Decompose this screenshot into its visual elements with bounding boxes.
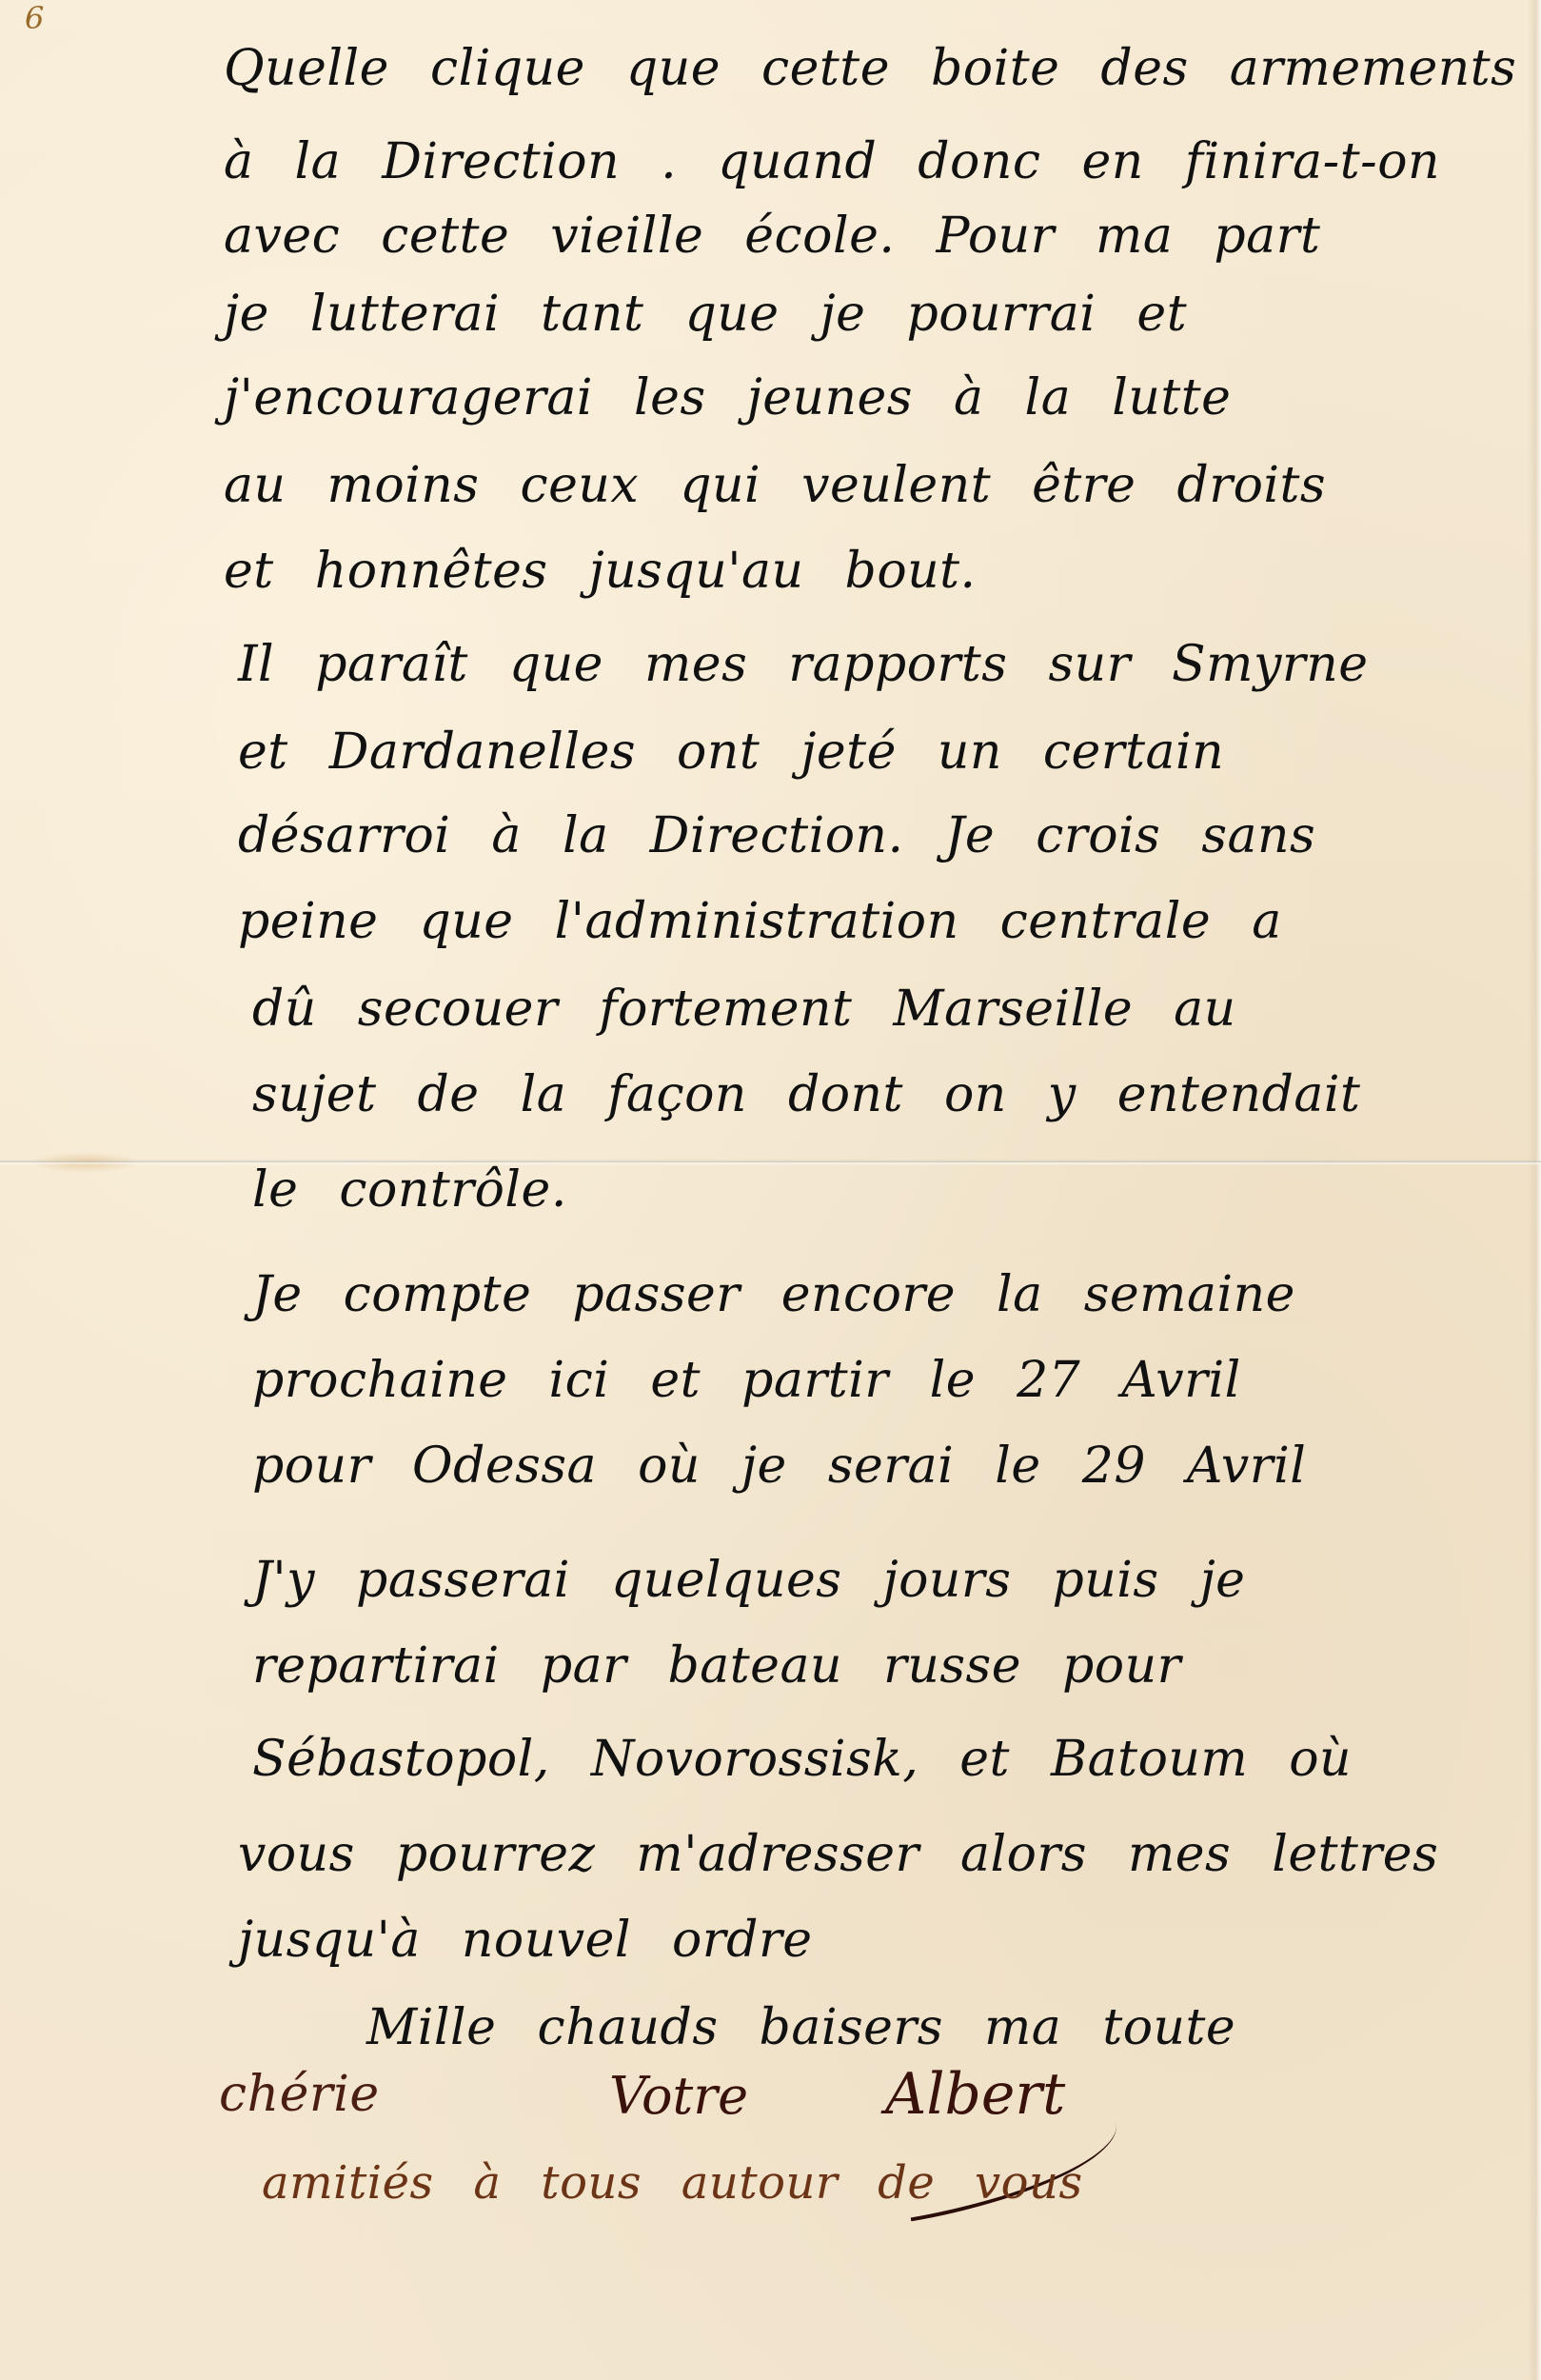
letter-line: Je compte passer encore la semaine xyxy=(252,1266,1295,1323)
letter-line: dû secouer fortement Marseille au xyxy=(252,981,1236,1038)
letter-line: à la Direction . quand donc en finira-t-… xyxy=(224,133,1440,190)
letter-line: vous pourrez m'adresser alors mes lettre… xyxy=(238,1826,1438,1883)
letter-line: et honnêtes jusqu'au bout. xyxy=(224,543,977,600)
letter-line: le contrôle. xyxy=(252,1161,567,1219)
signature: Albert xyxy=(885,2061,1065,2128)
letter-line: J'y passerai quelques jours puis je xyxy=(252,1552,1245,1609)
letter-line: désarroi à la Direction. Je crois sans xyxy=(238,807,1315,864)
letter-line: prochaine ici et partir le 27 Avril xyxy=(252,1352,1241,1409)
letter-line: je lutterai tant que je pourrai et xyxy=(224,286,1187,343)
letter-line: sujet de la façon dont on y entendait xyxy=(252,1066,1360,1123)
letter-line: pour Odessa où je serai le 29 Avril xyxy=(252,1438,1306,1495)
letter-line: repartirai par bateau russe pour xyxy=(252,1637,1181,1695)
letter-line: Il paraît que mes rapports sur Smyrne xyxy=(238,636,1368,693)
letter-line: Mille chauds baisers ma toute xyxy=(366,1999,1235,2056)
letter-line: au moins ceux qui veulent être droits xyxy=(224,457,1326,514)
letter-line: et Dardanelles ont jeté un certain xyxy=(238,724,1224,781)
letter-line: Quelle clique que cette boite des armeme… xyxy=(224,40,1516,97)
letter-line: chérie xyxy=(219,2066,380,2123)
letter-line: avec cette vieille école. Pour ma part xyxy=(224,208,1320,265)
postscript: amitiés à tous autour de vous xyxy=(262,2156,1083,2210)
letter-line: peine que l'administration centrale a xyxy=(238,893,1282,950)
letter-body: Quelle clique que cette boite des armeme… xyxy=(0,0,1541,2380)
letter-line: jusqu'à nouvel ordre xyxy=(238,1912,813,1969)
closing: Votre xyxy=(609,2066,748,2126)
letter-line: Sébastopol, Novorossisk, et Batoum où xyxy=(252,1731,1352,1788)
letter-line: j'encouragerai les jeunes à la lutte xyxy=(224,369,1231,426)
